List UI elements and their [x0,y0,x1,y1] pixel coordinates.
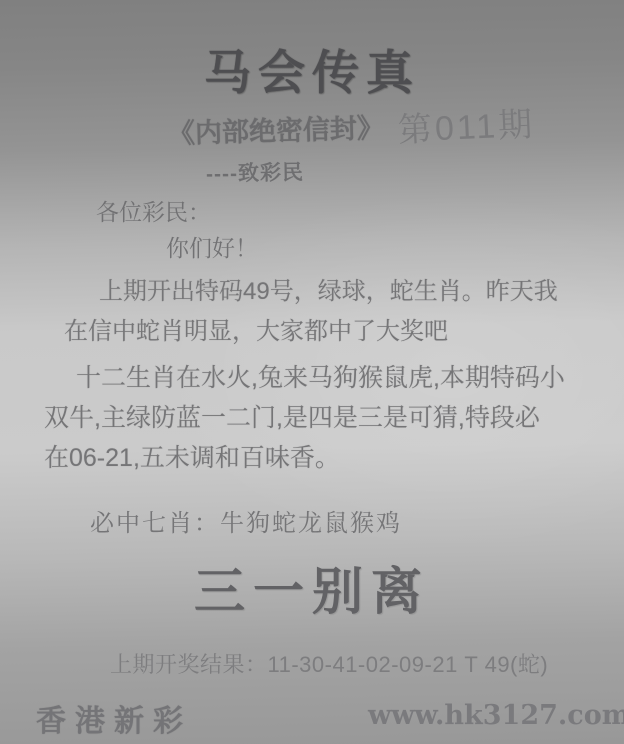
dedication-line: ----致彩民 [206,156,304,188]
paragraph-tip-line-2: 双牛,主绿防蓝一二门,是四是三是可猜,特段必 [44,398,584,438]
key-phrase: 三一别离 [0,550,624,624]
page-title: 马会传真 [0,36,624,103]
previous-draw-result: 上期开奖结果：11-30-41-02-09-21 T 49(蛇) [110,648,548,679]
paragraph-last-draw-line-1: 上期开出特码49号，绿球，蛇生肖。昨天我 [64,272,584,312]
issue-number-label: 第011期 [397,97,536,152]
greeting: 你们好！ [166,230,258,263]
paragraph-tip-line-3: 在06-21,五未调和百味香。 [44,438,584,478]
fax-flyer: 马会传真 《内部绝密信封》 第011期 ----致彩民 各位彩民： 你们好！ 上… [0,0,624,744]
salutation: 各位彩民： [96,194,211,227]
paragraph-last-draw: 上期开出特码49号，绿球，蛇生肖。昨天我 在信中蛇肖明显，大家都中了大奖吧 [64,272,584,352]
paragraph-tip-line-1: 十二生肖在水火,兔来马狗猴鼠虎,本期特码小 [44,358,584,398]
seven-zodiac-tip: 必中七肖：牛狗蛇龙鼠猴鸡 [90,503,402,538]
website-url: www.hk3127.com [368,700,624,731]
paragraph-tip: 十二生肖在水火,兔来马狗猴鼠虎,本期特码小 双牛,主绿防蓝一二门,是四是三是可猜… [44,358,584,478]
envelope-label: 《内部绝密信封》 [167,106,384,151]
header-row: 《内部绝密信封》 第011期 [167,102,535,157]
paragraph-last-draw-line-2: 在信中蛇肖明显，大家都中了大奖吧 [64,312,584,352]
brand-name: 香港新彩 [36,696,192,740]
